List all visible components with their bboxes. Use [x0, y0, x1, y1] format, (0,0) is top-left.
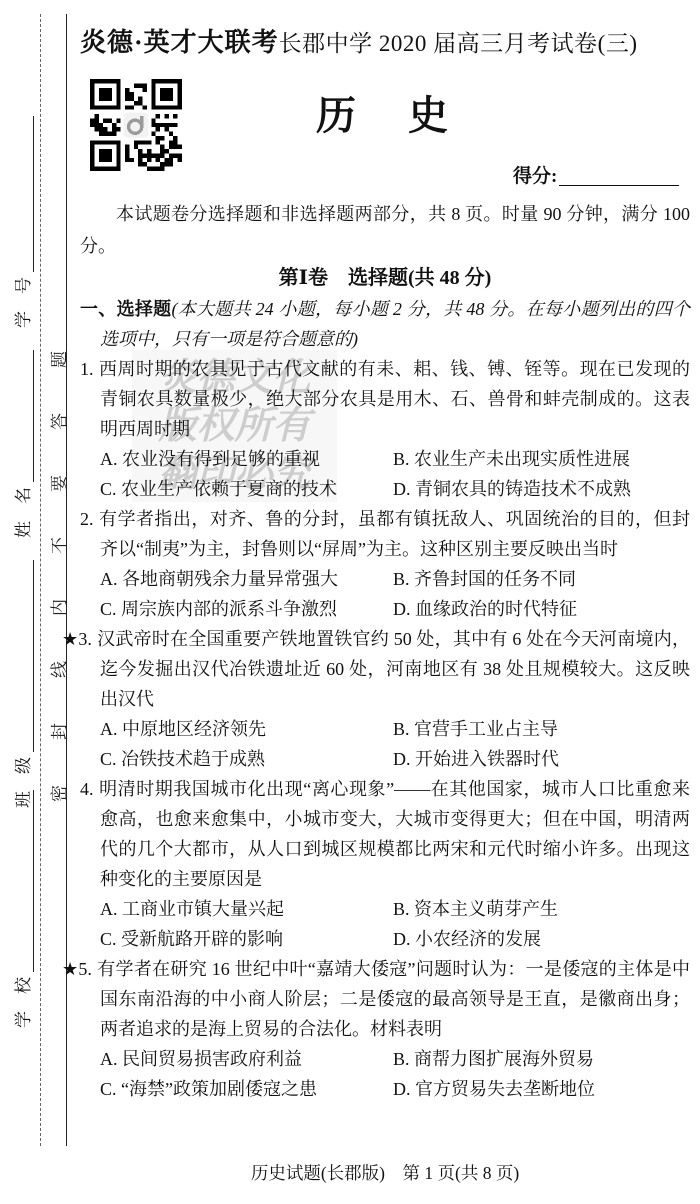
option-a: A. 工商业市镇大量兴起 [100, 894, 393, 924]
question-2: 2.有学者指出，对齐、鲁的分封，虽都有镇抚敌人、巩固统治的目的，但封齐以“制夷”… [80, 504, 690, 624]
school-label: 学 校 [9, 977, 34, 1028]
option-b: B. 官营手工业占主导 [393, 719, 558, 739]
instruction-detail: (本大题共 24 小题，每小题 2 分，共 48 分。在每小题列出的四个选项中，… [100, 299, 690, 349]
question-stem: 明清时期我国城市化出现“离心现象”——在其他国家，城市人口比重愈来愈高，也愈来愈… [99, 779, 691, 889]
option-row: C. “海禁”政策加剧倭寇之患D. 官方贸易失去垄断地位 [80, 1074, 690, 1104]
student-name-field: 姓 名 [8, 350, 34, 538]
option-a: A. 农业没有得到足够的重视 [100, 444, 393, 474]
question-stem: 西周时期的农具见于古代文献的有耒、耜、钱、镈、铚等。现在已发现的青铜农具数量极少… [99, 359, 691, 439]
brand-name: 炎德·英才大联考 [80, 28, 279, 57]
school-blank-line [13, 790, 34, 972]
question-text: ★5.有学者在研究 16 世纪中叶“嘉靖大倭寇”问题时认为：一是倭寇的主体是中国… [80, 954, 690, 1044]
student-number-blank-line [13, 116, 34, 272]
option-row: C. 周宗族内部的派系斗争激烈D. 血缘政治的时代特征 [80, 594, 690, 624]
class-blank-line [13, 560, 34, 752]
option-a: A. 各地商朝残余力量异常强大 [100, 564, 393, 594]
option-row: A. 工商业市镇大量兴起B. 资本主义萌芽产生 [80, 894, 690, 924]
question-number: 4. [80, 779, 94, 799]
option-b: B. 齐鲁封国的任务不同 [393, 569, 576, 589]
intro-paragraph: 本试题卷分选择题和非选择题两部分，共 8 页。时量 90 分钟，满分 100 分… [80, 198, 690, 262]
exam-page: 学 号 姓 名 班 级 学 校 密封线内不要答题 炎德文化 版权所有 翻印必究 … [0, 0, 700, 1204]
instruction: 一、选择题(本大题共 24 小题，每小题 2 分，共 48 分。在每小题列出的四… [80, 294, 690, 354]
student-number-label: 学 号 [9, 277, 34, 328]
option-c: C. 受新航路开辟的影响 [100, 924, 393, 954]
seal-dashed-line [40, 14, 41, 1146]
option-a: A. 民间贸易损害政府利益 [100, 1044, 393, 1074]
question-stem: 汉武帝时在全国重要产铁地置铁官约 50 处，其中有 6 处在今天河南境内，迄今发… [97, 629, 690, 709]
question-5: ★5.有学者在研究 16 世纪中叶“嘉靖大倭寇”问题时认为：一是倭寇的主体是中国… [80, 954, 690, 1104]
option-a: A. 中原地区经济领先 [100, 714, 393, 744]
option-row: C. 冶铁技术趋于成熟D. 开始进入铁器时代 [80, 744, 690, 774]
option-row: A. 民间贸易损害政府利益B. 商帮力图扩展海外贸易 [80, 1044, 690, 1074]
student-name-blank-line [13, 350, 34, 482]
question-text: 1.西周时期的农具见于古代文献的有耒、耜、钱、镈、铚等。现在已发现的青铜农具数量… [80, 354, 690, 444]
student-number-field: 学 号 [8, 116, 34, 328]
option-d: D. 血缘政治的时代特征 [393, 599, 577, 619]
score-field: 得分: [513, 161, 679, 188]
option-row: C. 受新航路开辟的影响D. 小农经济的发展 [80, 924, 690, 954]
option-d: D. 小农经济的发展 [393, 929, 541, 949]
question-stem: 有学者指出，对齐、鲁的分封，虽都有镇抚敌人、巩固统治的目的，但封齐以“制夷”为主… [99, 509, 691, 559]
content-area: 炎德·英才大联考长郡中学 2020 届高三月考试卷(三) 历 史 得分: 本试题… [80, 0, 690, 1204]
question-number: 1. [80, 359, 94, 379]
section-title: 第Ⅰ卷 选择题(共 48 分) [80, 262, 690, 294]
question-4: 4.明清时期我国城市化出现“离心现象”——在其他国家，城市人口比重愈来愈高，也愈… [80, 774, 690, 954]
option-row: C. 农业生产依赖于夏商的技术D. 青铜农具的铸造技术不成熟 [80, 474, 690, 504]
option-row: A. 各地商朝残余力量异常强大B. 齐鲁封国的任务不同 [80, 564, 690, 594]
paper-title-rest: 长郡中学 2020 届高三月考试卷(三) [279, 31, 638, 56]
option-b: B. 农业生产未出现实质性进展 [393, 449, 630, 469]
option-c: C. 周宗族内部的派系斗争激烈 [100, 594, 393, 624]
option-c: C. 农业生产依赖于夏商的技术 [100, 474, 393, 504]
question-number: 2. [80, 509, 94, 529]
question-text: 2.有学者指出，对齐、鲁的分封，虽都有镇抚敌人、巩固统治的目的，但封齐以“制夷”… [80, 504, 690, 564]
question-text: ★3.汉武帝时在全国重要产铁地置铁官约 50 处，其中有 6 处在今天河南境内，… [80, 624, 690, 714]
option-d: D. 官方贸易失去垄断地位 [393, 1079, 595, 1099]
instruction-heading: 一、选择题 [80, 299, 171, 319]
option-d: D. 青铜农具的铸造技术不成熟 [393, 479, 631, 499]
school-field: 学 校 [8, 790, 34, 1028]
option-c: C. “海禁”政策加剧倭寇之患 [100, 1074, 393, 1104]
question-stem: 有学者在研究 16 世纪中叶“嘉靖大倭寇”问题时认为：一是倭寇的主体是中国东南沿… [97, 959, 690, 1039]
option-row: A. 中原地区经济领先B. 官营手工业占主导 [80, 714, 690, 744]
question-number: ★5. [62, 959, 92, 979]
seal-instruction: 密封线内不要答题 [45, 344, 65, 802]
paper-title: 炎德·英才大联考长郡中学 2020 届高三月考试卷(三) [80, 22, 690, 59]
option-b: B. 商帮力图扩展海外贸易 [393, 1049, 594, 1069]
option-d: D. 开始进入铁器时代 [393, 749, 559, 769]
score-label: 得分: [513, 166, 557, 187]
student-name-label: 姓 名 [9, 487, 34, 538]
question-text: 4.明清时期我国城市化出现“离心现象”——在其他国家，城市人口比重愈来愈高，也愈… [80, 774, 690, 894]
question-3: ★3.汉武帝时在全国重要产铁地置铁官约 50 处，其中有 6 处在今天河南境内，… [80, 624, 690, 774]
exam-body: 本试题卷分选择题和非选择题两部分，共 8 页。时量 90 分钟，满分 100 分… [80, 198, 690, 1104]
question-1: 1.西周时期的农具见于古代文献的有耒、耜、钱、镈、铚等。现在已发现的青铜农具数量… [80, 354, 690, 504]
subject-title: 历 史 [80, 84, 690, 141]
class-field: 班 级 [8, 560, 34, 808]
option-c: C. 冶铁技术趋于成熟 [100, 744, 393, 774]
option-b: B. 资本主义萌芽产生 [393, 899, 558, 919]
option-row: A. 农业没有得到足够的重视B. 农业生产未出现实质性进展 [80, 444, 690, 474]
page-footer: 历史试题(长郡版) 第 1 页(共 8 页) [80, 1160, 690, 1185]
question-number: ★3. [62, 629, 92, 649]
score-blank-line [559, 166, 679, 186]
